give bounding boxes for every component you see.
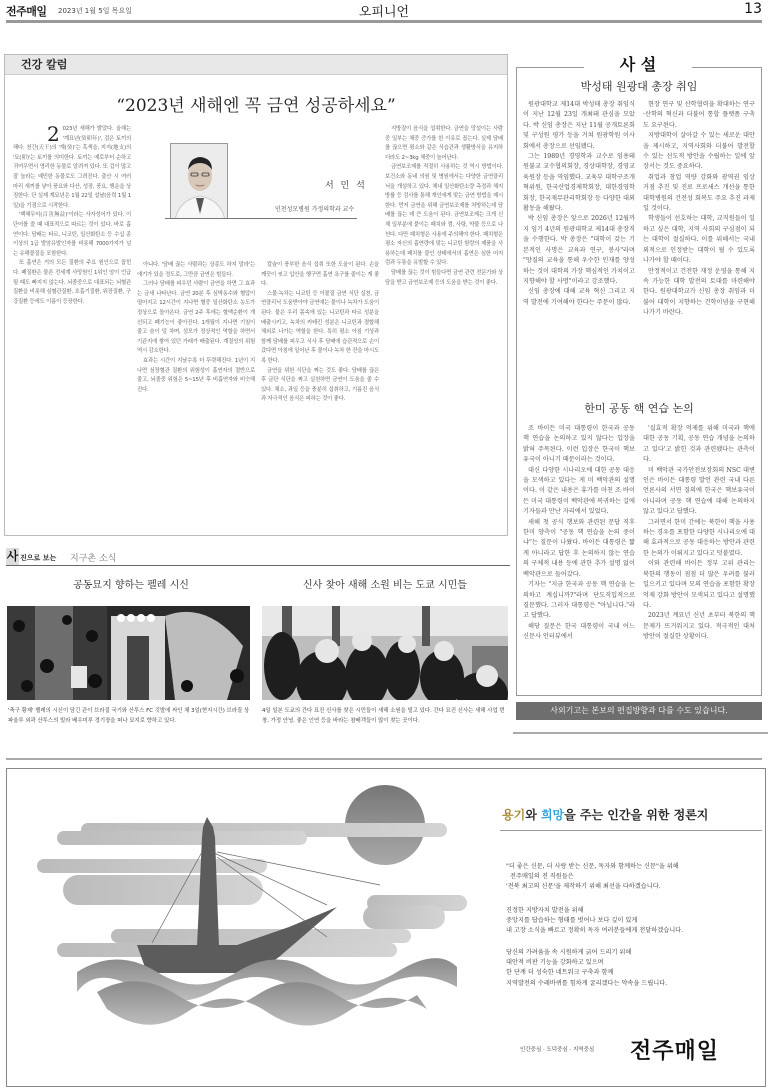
ad-paragraph-3: 당신의 가려움을 속 시원하게 긁어 드리기 위해 대안적 비판 기능을 강화하… bbox=[506, 948, 667, 989]
paragraph: 담배를 끊는 것이 힘들다면 금연 관련 전문가와 상담을 받고 금연보조제 등… bbox=[385, 269, 503, 288]
ad-line: 내 고장 소식을 빠르고 정확히 독자 여러분들에게 전달하겠습니다. bbox=[506, 926, 683, 936]
editorial-2-column-1: 조 바이든 미국 대통령이 한국과 공동 핵 연습을 논의하고 있지 않다는 입… bbox=[523, 424, 635, 643]
author-portrait-icon bbox=[171, 144, 228, 219]
photo-caption-2: 4일 일본 도쿄의 간다 묘진 신사를 찾은 시민들이 새해 소원을 빌고 있다… bbox=[262, 707, 508, 726]
paragraph: '실효적 확장 억제를 위해 미국과 핵에 대한 공동 기획, 공동 연습 개념… bbox=[643, 424, 755, 466]
article-column-1: 2 023년 새해가 밝았다. 올해는 '계묘년(癸卯年)', 검은 토끼의 해… bbox=[13, 125, 131, 307]
paragraph: 안정적이고 건전한 재정 운영을 통해 지속 가능한 대학 발전의 토대를 마련… bbox=[643, 267, 755, 319]
section-divider bbox=[513, 732, 768, 734]
ad-line: 대안적 비판 기능을 강화하고 있으며 bbox=[506, 958, 667, 968]
paragraph: 금연보조제를 적절히 사용하는 것 역시 방법이다. 보건소와 동네 의원 및 … bbox=[385, 163, 503, 269]
ad-slogan: 용기와 희망을 주는 인간을 위한 정론지 bbox=[502, 806, 708, 823]
paragraph: 그러면서 한미 간에는 북한이 핵을 사용하는 경우를 포함한 다양한 시나리오… bbox=[643, 518, 755, 560]
paragraph: 2023년 계묘년 신년 초부터 북한의 핵 문제가 뜨거워지고 있다. 적극적… bbox=[643, 611, 755, 642]
ad-line: "더 좋은 신문, 더 사랑 받는 신문, 독자와 함께하는 신문"을 위해 bbox=[506, 862, 679, 872]
editorial-2-column-2: '실효적 확장 억제를 위해 미국과 핵에 대한 공동 기획, 공동 연습 개념… bbox=[643, 424, 755, 643]
paragraph: 박 신임 총장은 앞으로 2026년 12월까지 임기 4년의 원광대학교 제1… bbox=[523, 214, 635, 287]
paragraph: 칼슘이 풍부한 음식 섭취 또한 도움이 된다. 손을 깨끗이 씻고 입안을 헹… bbox=[261, 261, 379, 290]
ad-line: 당신의 가려움을 속 시원하게 긁어 드리기 위해 bbox=[506, 948, 667, 958]
ad-line: 중앙지를 답습하는 형태를 벗어나 보다 깊이 있게 bbox=[506, 916, 683, 926]
editorial-1-column-1: 원광대학교 제14대 박성태 총장 취임식이 지난 12월 23일 개최돼 관심… bbox=[523, 100, 635, 308]
paragraph: 새해 첫 공식 행보와 관련된 문답 직후 한미 양측이 "공동 핵 연습을 논… bbox=[523, 518, 635, 580]
paragraph: 또 흡연은 거의 모든 질환의 주요 원인으로 꼽힌다. 폐질환은 물론 전세계… bbox=[13, 259, 131, 307]
photo-caption-1: '축구 황제' 펠레의 시신이 담긴 관이 브라질 국기와 산투스 FC 깃발에… bbox=[8, 707, 254, 726]
section-title: 오피니언 bbox=[6, 1, 762, 20]
slogan-courage: 용기 bbox=[502, 808, 525, 822]
photo-news-label: 진으로 보는 bbox=[20, 553, 56, 563]
paragraph: 그는 1989년 경영학과 교수로 임용돼 원불교 교수협의회장, 경상대학장,… bbox=[523, 152, 635, 214]
ad-line: 진정한 지방자치 발전을 위해 bbox=[506, 906, 683, 916]
sailing-ship-illustration-icon bbox=[7, 777, 487, 1077]
photo-tokyo-shrine bbox=[262, 606, 508, 700]
photo-news-cap: 사 bbox=[6, 548, 19, 565]
slogan-hope: 희망 bbox=[541, 808, 564, 822]
paragraph: 학생들이 선호하는 대학, 교직원들이 일하고 싶은 대학, 지역 사회의 구심… bbox=[643, 214, 755, 266]
paragraph: 기자는 "지금 한국과 공동 핵 연습을 논의하고 계십니까?"라며 단도직입적… bbox=[523, 580, 635, 622]
ad-paragraph-1: "더 좋은 신문, 더 사랑 받는 신문, 독자와 함께하는 신문"을 위해 전… bbox=[506, 862, 679, 893]
paragraph: 미 백악관 국가안전보장회의 NSC 대변인은 바이든 대통령 발언 관련 국내… bbox=[643, 466, 755, 518]
photo-news-label-sub: 지구촌 소식 bbox=[70, 551, 116, 564]
paragraph: 아니다. '담배 끊는 사람과는 상종도 하지 말라'는 얘기가 있을 정도로,… bbox=[137, 261, 255, 280]
masthead-rule bbox=[6, 20, 762, 23]
health-column: 건강 칼럼 “2023년 새해엔 꼭 금연 성공하세요” 2 023년 새해가 … bbox=[4, 54, 508, 536]
crowd-aerial-photo-icon bbox=[7, 606, 250, 700]
paragraph: 해당 질문은 한국 대통령이 국내 어느 신문사 인터뷰에서 bbox=[523, 622, 635, 643]
ad-newspaper-logo: 전주매일 bbox=[630, 1034, 719, 1065]
paragraph: 지방질이 음식을 섭취한다. 금연을 망설이는 사람 중 일부는 체중 증가를 … bbox=[385, 125, 503, 163]
author-divider bbox=[165, 218, 357, 219]
article-column-2: 아니다. '담배 끊는 사람과는 상종도 하지 말라'는 얘기가 있을 정도로,… bbox=[137, 261, 255, 395]
paragraph: 금연을 위한 식단을 짜는 것도 좋다. 담배를 끊은 후 금단 식단을 짜고 … bbox=[261, 367, 379, 405]
paragraph: 023년 새해가 밝았다. 올해는 '계묘년(癸卯年)', 검은 토끼의 해다.… bbox=[13, 125, 131, 211]
paragraph: 조 바이든 미국 대통령이 한국과 공동 핵 연습을 논의하고 있지 않다는 입… bbox=[523, 424, 635, 466]
ad-divider bbox=[500, 830, 762, 831]
paragraph: 그러나 담배를 피우던 사람이 금연을 하면 그 효과는 금세 나타난다. 금연… bbox=[137, 280, 255, 357]
author-photo bbox=[170, 143, 228, 219]
photo-title-2: 신사 찾아 새해 소원 비는 도쿄 시민들 bbox=[262, 576, 508, 591]
editorial-title-1: 박성태 원광대 총장 취임 bbox=[517, 78, 761, 94]
paragraph: 취업과 창업 역량 강화와 광역권 임상 거점 추진 및 진료 프로세스 개선을… bbox=[643, 173, 755, 215]
slogan-text: 을 주는 인간을 위한 정론지 bbox=[564, 808, 708, 822]
paragraph: '백해무익(百害無益)'이라는 사자성어가 있다. 이 단어를 쓸 때 대표적으… bbox=[13, 211, 131, 259]
paragraph: 현장 연구 및 산학협력을 확대하는 연구·산학의 혁신과 더불어 통합 플랫폼… bbox=[643, 100, 755, 131]
ad-line: 지역발전의 수레바퀴를 힘차게 굴리겠다는 약속을 드립니다. bbox=[506, 979, 667, 989]
ad-line: '전북 최고의 신문'을 제작하기 위해 최선을 다하겠습니다. bbox=[506, 882, 679, 892]
ad-line: 전주매일의 전 직원들은 bbox=[506, 872, 679, 882]
slogan-text: 와 bbox=[525, 808, 541, 822]
author-affiliation: 인천성모병원 가정의학과 교수 bbox=[275, 204, 354, 213]
column-headline: “2023년 새해엔 꼭 금연 성공하세요” bbox=[5, 91, 507, 116]
paragraph: 스물·녹차는 니코틴 등 이물질 금연 식단 실천, 금연클리닉 도움받아야 금… bbox=[261, 290, 379, 367]
ad-line: 한 단계 더 성숙한 네트워크 구축과 함께 bbox=[506, 968, 667, 978]
dropcap: 2 bbox=[47, 125, 60, 143]
paragraph: 대신 다양한 시나리오에 대한 공동 대응을 모색하고 있다는 게 미 백악관의… bbox=[523, 466, 635, 518]
paragraph: 효과는 시간이 지날수록 더 뚜렷해진다. 1년이 지나면 심장혈관 질환의 위… bbox=[137, 357, 255, 395]
editorial-box: 박성태 원광대 총장 취임 원광대학교 제14대 박성태 총장 취임식이 지난 … bbox=[516, 68, 762, 696]
article-column-3: 칼슘이 풍부한 음식 섭취 또한 도움이 된다. 손을 깨끗이 씻고 입안을 헹… bbox=[261, 261, 379, 405]
column-label: 건강 칼럼 bbox=[5, 55, 507, 75]
photo-pele-funeral bbox=[7, 606, 250, 700]
disclaimer-banner: 사외기고는 본보의 편집방향과 다를 수도 있습니다. bbox=[516, 702, 762, 720]
page-number: 13 bbox=[744, 1, 762, 17]
paragraph: 지방대학이 살아갈 수 있는 새로운 대안을 제시하고, 지역사회와 더불어 발… bbox=[643, 131, 755, 173]
photo-title-1: 공동묘지 향하는 펠레 시신 bbox=[6, 576, 256, 591]
paragraph: 신임 총장에 대해 교육 혁신 그리고 지역 발전에 기여해야 한다는 주문이 … bbox=[523, 287, 635, 308]
shrine-visitors-photo-icon bbox=[262, 606, 508, 700]
paragraph: 원광대학교 제14대 박성태 총장 취임식이 지난 12월 23일 개최돼 관심… bbox=[523, 100, 635, 152]
ad-tagline: 인간중심 · 도덕중심 · 지역중심 bbox=[520, 1045, 594, 1053]
author-name: 서 민 석 bbox=[325, 178, 367, 191]
paragraph: 이와 관련해 바이든 정부 고위 관리는 북한의 행동이 점점 더 많은 우려를… bbox=[643, 559, 755, 611]
ad-paragraph-2: 진정한 지방자치 발전을 위해 중앙지를 답습하는 형태를 벗어나 보다 깊이 … bbox=[506, 906, 683, 937]
editorial-title-2: 한미 공동 핵 연습 논의 bbox=[517, 400, 761, 416]
section-divider bbox=[6, 758, 762, 760]
article-column-4: 지방질이 음식을 섭취한다. 금연을 망설이는 사람 중 일부는 체중 증가를 … bbox=[385, 125, 503, 288]
editorial-1-column-2: 현장 연구 및 산학협력을 확대하는 연구·산학의 혁신과 더불어 통합 플랫폼… bbox=[643, 100, 755, 319]
